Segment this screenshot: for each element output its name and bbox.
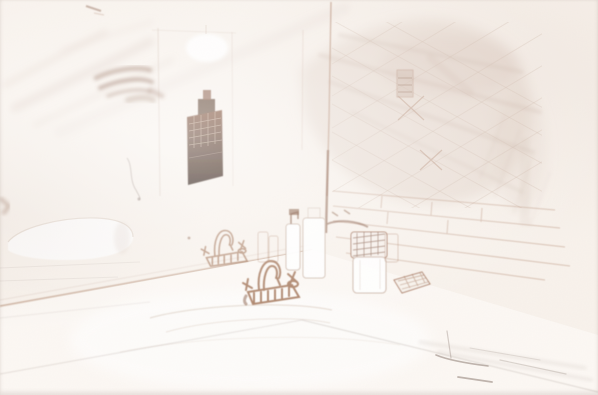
bathroom-sketch-image bbox=[0, 0, 598, 395]
sketch-canvas bbox=[0, 0, 598, 395]
paper-grain bbox=[0, 0, 598, 395]
